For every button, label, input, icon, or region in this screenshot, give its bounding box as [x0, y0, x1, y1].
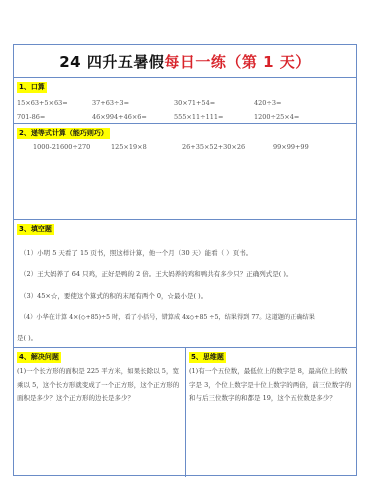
fill-question-continued: 是( )。: [17, 333, 37, 342]
section-heading: 2、递等式计算（能巧则巧）: [17, 128, 110, 139]
oral-item: 1200÷25×4=: [254, 113, 299, 121]
oral-item: 15×63+5×63=: [17, 99, 68, 107]
oral-item: 37+63÷3=: [92, 99, 129, 107]
section-thinking: 5、思维题 (1)有一个五位数，最低位上的数字是 8，最高位上的数字是 3，个位…: [186, 348, 356, 477]
solve-question: (1)一个长方形的面积是 225 平方米，如果长除以 5，宽乘以 5，这个长方形…: [17, 365, 181, 406]
oral-item: 701-86=: [17, 113, 45, 121]
worksheet: 24 四升五暑假每日一练（第 1 天） 1、口算 15×63+5×63= 37+…: [13, 44, 357, 476]
stepwise-item: 125×19×8: [111, 143, 147, 151]
worksheet-title: 24 四升五暑假每日一练（第 1 天）: [14, 45, 356, 78]
title-grade: 24 四升五暑假: [59, 51, 164, 72]
section-oral-calc: 1、口算 15×63+5×63= 37+63÷3= 30×71+54= 420÷…: [14, 78, 356, 124]
oral-item: 46×994+46×6=: [92, 113, 147, 121]
section-heading: 1、口算: [17, 82, 47, 93]
fill-question: （2）王大妈养了 64 只鸡，正好是鸭的 2 倍。王大妈养的鸡和鸭共有多少只？正…: [20, 269, 292, 278]
oral-item: 555×11÷111=: [174, 113, 223, 121]
oral-item: 420÷3=: [254, 99, 281, 107]
section-solve-problem: 4、解决问题 (1)一个长方形的面积是 225 平方米，如果长除以 5，宽乘以 …: [14, 348, 186, 477]
stepwise-item: 26+35×52+30×26: [182, 143, 245, 151]
fill-question: （1）小明 5 天看了 15 页书，照这样计算，他一个月（30 天）能看（ ）页…: [20, 248, 252, 257]
section-bottom-row: 4、解决问题 (1)一个长方形的面积是 225 平方米，如果长除以 5，宽乘以 …: [14, 348, 356, 477]
stepwise-item: 1000-21600÷270: [33, 143, 90, 151]
section-heading: 4、解决问题: [17, 352, 61, 363]
section-heading: 3、填空题: [17, 224, 54, 235]
section-stepwise-calc: 2、递等式计算（能巧则巧） 1000-21600÷270 125×19×8 26…: [14, 124, 356, 220]
stepwise-item: 99×99+99: [273, 143, 309, 151]
section-heading: 5、思维题: [189, 352, 226, 363]
oral-item: 30×71+54=: [174, 99, 215, 107]
title-daily-practice: 每日一练（第 1 天）: [164, 51, 310, 72]
think-question: (1)有一个五位数，最低位上的数字是 8，最高位上的数字是 3，个位上数字是十位…: [189, 365, 352, 406]
fill-question: （4）小华在计算 4×(◇+85)÷5 时，看了小括号，错算成 4x◇+85 ÷…: [20, 312, 315, 321]
section-fill-blank: 3、填空题 （1）小明 5 天看了 15 页书，照这样计算，他一个月（30 天）…: [14, 220, 356, 348]
fill-question: （3）45×☆，要使这个算式的积的末尾有两个 0，☆最小是( )。: [20, 291, 207, 300]
